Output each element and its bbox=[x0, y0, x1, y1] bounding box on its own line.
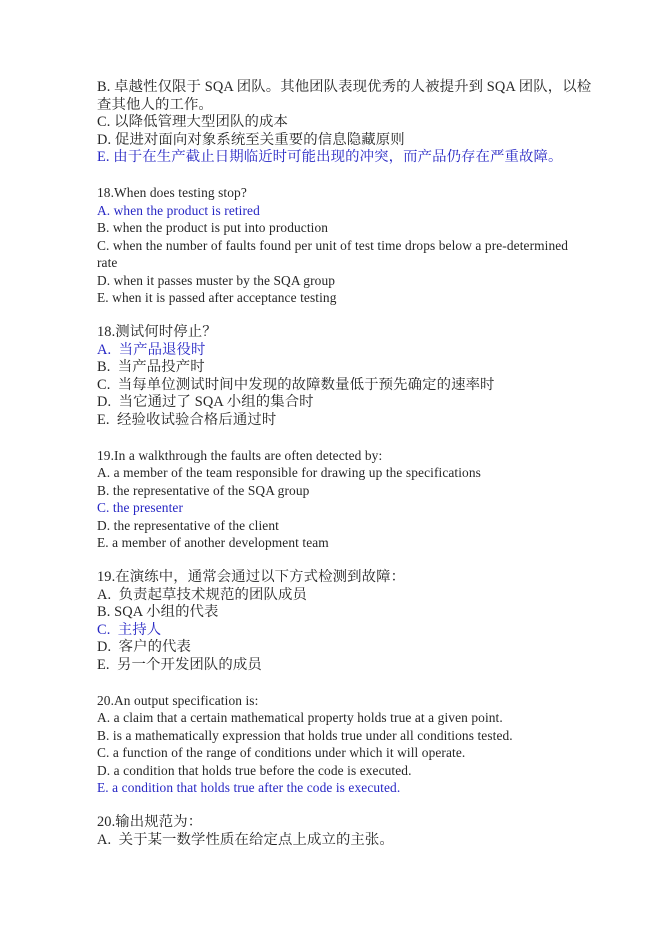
question-title: 20.An output specification is: bbox=[97, 692, 577, 710]
question-title: 18.When does testing stop? bbox=[97, 184, 577, 202]
option-line: C. a function of the range of conditions… bbox=[97, 744, 577, 762]
option-line: D. the representative of the client bbox=[97, 517, 577, 535]
option-line: C. 以降低管理大型团队的成本 bbox=[97, 114, 577, 132]
question-title: 19.In a walkthrough the faults are often… bbox=[97, 447, 577, 465]
question-list: B. 卓越性仅限于 SQA 团队。其他团队表现优秀的人被提升到 SQA 团队，以… bbox=[97, 79, 577, 849]
option-line: E. when it is passed after acceptance te… bbox=[97, 289, 577, 307]
document-page: B. 卓越性仅限于 SQA 团队。其他团队表现优秀的人被提升到 SQA 团队，以… bbox=[0, 0, 660, 934]
option-line: A. a claim that a certain mathematical p… bbox=[97, 709, 577, 727]
selected-answer-line: E. 由于在生产截止日期临近时可能出现的冲突，而产品仍存在严重故障。 bbox=[97, 149, 577, 167]
option-line-continuation: 查其他人的工作。 bbox=[97, 97, 577, 115]
question-block-q19-en: 19.In a walkthrough the faults are often… bbox=[97, 447, 577, 552]
selected-answer-line: C. 主持人 bbox=[97, 622, 577, 640]
selected-answer-line: A. when the product is retired bbox=[97, 202, 577, 220]
option-line: D. 客户的代表 bbox=[97, 639, 577, 657]
question-title: 18.测试何时停止？ bbox=[97, 324, 577, 342]
option-line: D. 促进对面向对象系统至关重要的信息隐藏原则 bbox=[97, 132, 577, 150]
question-block-q18-en: 18.When does testing stop?A. when the pr… bbox=[97, 184, 577, 307]
option-line: A. 关于某一数学性质在给定点上成立的主张。 bbox=[97, 832, 577, 850]
selected-answer-line: C. the presenter bbox=[97, 499, 577, 517]
option-line: C. 当每单位测试时间中发现的故障数量低于预先确定的速率时 bbox=[97, 377, 577, 395]
option-line: A. 负责起草技术规范的团队成员 bbox=[97, 587, 577, 605]
option-line: A. a member of the team responsible for … bbox=[97, 464, 577, 482]
option-line: D. a condition that holds true before th… bbox=[97, 762, 577, 780]
option-line: B. 卓越性仅限于 SQA 团队。其他团队表现优秀的人被提升到 SQA 团队，以… bbox=[97, 79, 577, 97]
option-line: E. 另一个开发团队的成员 bbox=[97, 657, 577, 675]
option-line: E. 经验收试验合格后通过时 bbox=[97, 412, 577, 430]
selected-answer-line: A. 当产品退役时 bbox=[97, 342, 577, 360]
option-line-continuation: rate bbox=[97, 254, 577, 272]
option-line: D. 当它通过了 SQA 小组的集合时 bbox=[97, 394, 577, 412]
option-line: B. the representative of the SQA group bbox=[97, 482, 577, 500]
option-line: C. when the number of faults found per u… bbox=[97, 237, 577, 255]
option-line: D. when it passes muster by the SQA grou… bbox=[97, 272, 577, 290]
question-block-q20-en: 20.An output specification is:A. a claim… bbox=[97, 692, 577, 797]
question-title: 20.输出规范为： bbox=[97, 814, 577, 832]
option-line: B. 当产品投产时 bbox=[97, 359, 577, 377]
option-line: B. SQA 小组的代表 bbox=[97, 604, 577, 622]
question-block-q17-zh-options: B. 卓越性仅限于 SQA 团队。其他团队表现优秀的人被提升到 SQA 团队，以… bbox=[97, 79, 577, 167]
option-line: B. when the product is put into producti… bbox=[97, 219, 577, 237]
question-block-q20-zh: 20.输出规范为：A. 关于某一数学性质在给定点上成立的主张。 bbox=[97, 814, 577, 849]
question-block-q18-zh: 18.测试何时停止？A. 当产品退役时B. 当产品投产时C. 当每单位测试时间中… bbox=[97, 324, 577, 429]
question-title: 19.在演练中，通常会通过以下方式检测到故障： bbox=[97, 569, 577, 587]
question-block-q19-zh: 19.在演练中，通常会通过以下方式检测到故障：A. 负责起草技术规范的团队成员B… bbox=[97, 569, 577, 674]
option-line: B. is a mathematically expression that h… bbox=[97, 727, 577, 745]
selected-answer-line: E. a condition that holds true after the… bbox=[97, 779, 577, 797]
option-line: E. a member of another development team bbox=[97, 534, 577, 552]
